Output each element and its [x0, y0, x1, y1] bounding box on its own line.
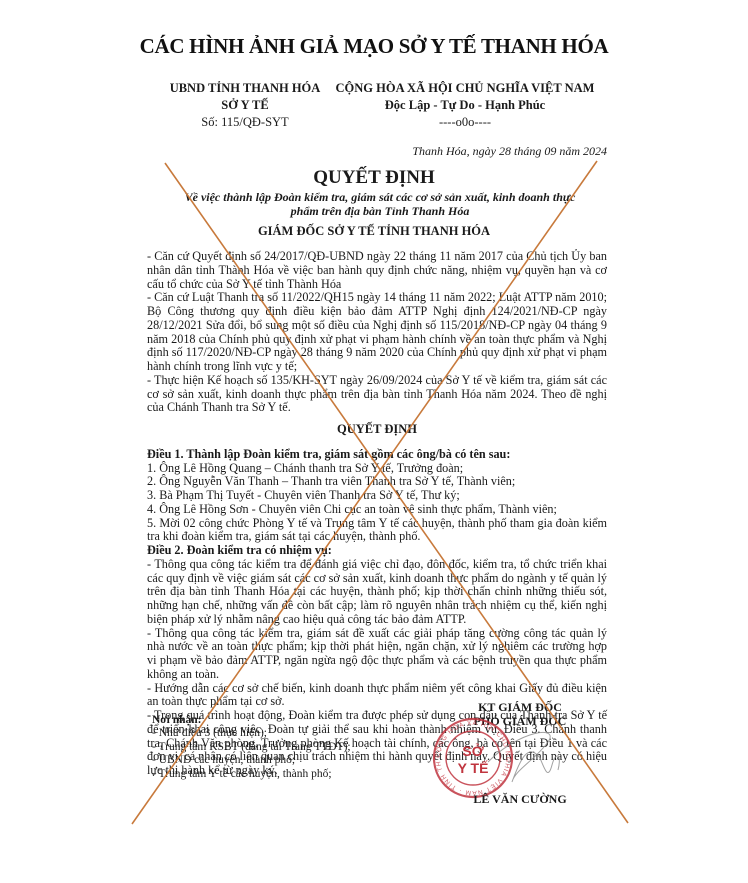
document-subtitle: Về việc thành lập Đoàn kiểm tra, giám sá… — [170, 190, 590, 218]
member-item: 1. Ông Lê Hồng Quang – Chánh thanh tra S… — [147, 462, 607, 476]
recipients-block: Nơi nhận: - Như điều 3 (thực hiện); - Tr… — [152, 714, 412, 781]
document-body: - Căn cứ Quyết định số 24/2017/QĐ-UBND n… — [147, 250, 607, 778]
signature-line-1: KT GIÁM ĐỐC — [445, 700, 595, 714]
national-header: CỘNG HÒA XÃ HỘI CHỦ NGHĨA VIỆT NAM Độc L… — [330, 80, 600, 131]
fake-warning-banner: CÁC HÌNH ẢNH GIẢ MẠO SỞ Y TẾ THANH HÓA — [0, 34, 748, 59]
member-item: 5. Mời 02 công chức Phòng Y tế và Trung … — [147, 517, 607, 545]
header-divider: ----o0o---- — [330, 114, 600, 131]
member-item: 3. Bà Phạm Thị Tuyết - Chuyên viên Thanh… — [147, 489, 607, 503]
recipient-item: - UBND các huyện, thành phố; — [152, 754, 412, 767]
preamble-item: - Căn cứ Quyết định số 24/2017/QĐ-UBND n… — [147, 250, 607, 291]
document-title: QUYẾT ĐỊNH — [0, 167, 748, 189]
document-number: Số: 115/QĐ-SYT — [160, 114, 330, 131]
article-2-heading: Điều 2. Đoàn kiểm tra có nhiệm vụ: — [147, 544, 607, 558]
issuer-department: SỞ Y TẾ — [160, 97, 330, 114]
issuer-header: UBND TỈNH THANH HÓA SỞ Y TẾ Số: 115/QĐ-S… — [160, 80, 330, 131]
preamble-item: - Thực hiện Kế hoạch số 135/KH-SYT ngày … — [147, 374, 607, 415]
signer-name: LÊ VĂN CƯỜNG — [445, 792, 595, 807]
member-item: 4. Ông Lê Hồng Sơn - Chuyên viên Chi cục… — [147, 503, 607, 517]
recipients-heading: Nơi nhận: — [152, 714, 412, 727]
article-1-heading: Điều 1. Thành lập Đoàn kiểm tra, giám sá… — [147, 448, 607, 462]
task-item: - Thông qua công tác kiểm tra để đánh gi… — [147, 558, 607, 627]
document-date: Thanh Hóa, ngày 28 tháng 09 năm 2024 — [380, 144, 607, 159]
stamp-line-2: Y TẾ — [458, 760, 489, 776]
preamble-item: - Căn cứ Luật Thanh tra số 11/2022/QH15 … — [147, 291, 607, 374]
national-motto: Độc Lập - Tự Do - Hạnh Phúc — [330, 97, 600, 114]
member-item: 2. Ông Nguyễn Văn Thanh – Thanh tra viên… — [147, 475, 607, 489]
decision-heading: QUYẾT ĐỊNH — [147, 423, 607, 437]
recipient-item: - Như điều 3 (thực hiện); — [152, 727, 412, 740]
issuer-province: UBND TỈNH THANH HÓA — [160, 80, 330, 97]
recipient-item: - Trung tâm KSBT (đăng tải Trang TTĐT); — [152, 741, 412, 754]
recipient-item: - Trung tâm Y tế các huyện, thành phố; — [152, 768, 412, 781]
director-heading: GIÁM ĐỐC SỞ Y TẾ TỈNH THANH HÓA — [0, 224, 748, 239]
stamp-line-1: SỞ — [462, 742, 483, 759]
official-stamp-icon: CỘNG HÒA XÃ HỘI CHỦ NGHĨA VIỆT NAM · TỈN… — [428, 716, 518, 800]
national-title: CỘNG HÒA XÃ HỘI CHỦ NGHĨA VIỆT NAM — [330, 80, 600, 97]
task-item: - Thông qua công tác kiểm tra, giám sát … — [147, 627, 607, 682]
